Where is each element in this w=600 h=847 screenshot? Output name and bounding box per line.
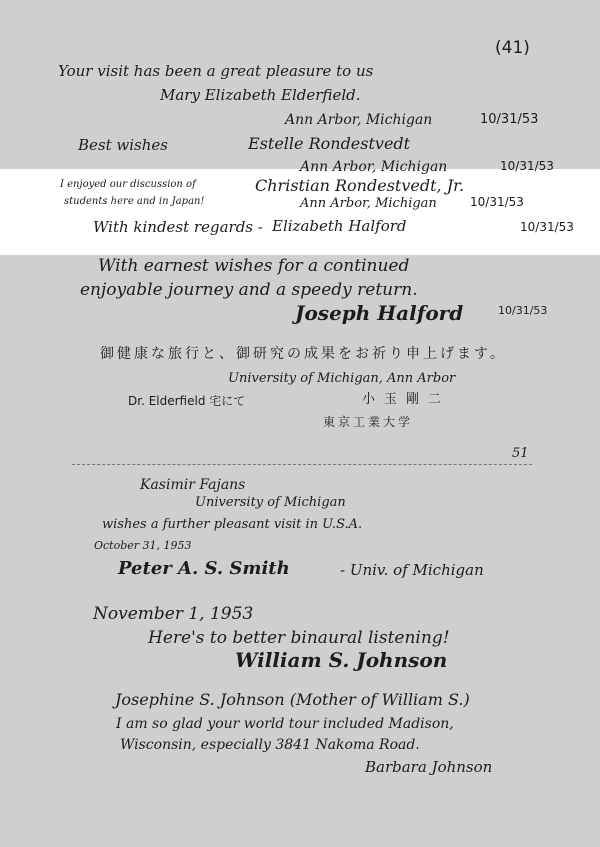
- entry-signature: Peter A. S. Smith: [118, 560, 290, 578]
- entry-date: 10/31/53: [470, 196, 524, 208]
- entry-signature: William S. Johnson: [235, 650, 447, 670]
- entry-signature: Kasimir Fajans: [140, 478, 245, 492]
- entry-signature: Christian Rondestvedt, Jr.: [255, 178, 464, 194]
- entry-affiliation: University of Michigan, Ann Arbor: [228, 372, 455, 385]
- entry-message: Wisconsin, especially 3841 Nakoma Road.: [120, 738, 420, 752]
- entry-message: Here's to better binaural listening!: [148, 630, 450, 647]
- entry-message: With kindest regards -: [93, 220, 263, 235]
- entry-message: wishes a further pleasant visit in U.S.A…: [102, 518, 362, 531]
- entry-addressee: Dr. Elderfield 宅にて: [128, 395, 245, 407]
- entry-affiliation: - Univ. of Michigan: [340, 563, 484, 578]
- entry-message: I am so glad your world tour included Ma…: [116, 717, 454, 731]
- entry-date: October 31, 1953: [94, 540, 192, 551]
- entry-signature: Elizabeth Halford: [272, 219, 407, 234]
- entry-signature: Estelle Rondestvedt: [248, 136, 410, 152]
- entry-message: 御健康な旅行と、御研究の成果をお祈り申上げます。: [100, 347, 507, 361]
- page-number: 51: [512, 447, 529, 460]
- entry-message: Best wishes: [78, 138, 168, 153]
- entry-location: Ann Arbor, Michigan: [285, 113, 432, 127]
- entry-affiliation: University of Michigan: [195, 496, 346, 509]
- entry-message: With earnest wishes for a continued: [98, 258, 409, 275]
- entry-signature: Joseph Halford: [295, 303, 463, 323]
- entry-date: 10/31/53: [520, 221, 574, 233]
- entry-signature: Mary Elizabeth Elderfield.: [160, 88, 361, 103]
- entry-signature: Josephine S. Johnson (Mother of William …: [115, 692, 470, 708]
- entry-message: Your visit has been a great pleasure to …: [58, 64, 373, 79]
- entry-message: students here and in Japan!: [64, 197, 205, 207]
- entry-location: Ann Arbor, Michigan: [300, 160, 447, 174]
- entry-date: 10/31/53: [480, 113, 538, 126]
- entry-location: Ann Arbor, Michigan: [300, 197, 437, 210]
- entry-signature: 小玉剛二: [362, 393, 450, 406]
- entry-signature: Barbara Johnson: [365, 760, 492, 775]
- page-number: (41): [495, 40, 530, 57]
- scanned-page: (41) Your visit has been a great pleasur…: [0, 0, 600, 847]
- entry-date: 10/31/53: [500, 160, 554, 172]
- entry-institution: 東京工業大学: [323, 416, 413, 428]
- entry-message: enjoyable journey and a speedy return.: [80, 282, 418, 299]
- entry-message: I enjoyed our discussion of: [60, 180, 196, 190]
- divider-line: [72, 464, 532, 465]
- entry-date: November 1, 1953: [93, 606, 253, 623]
- entry-date: 10/31/53: [498, 305, 547, 316]
